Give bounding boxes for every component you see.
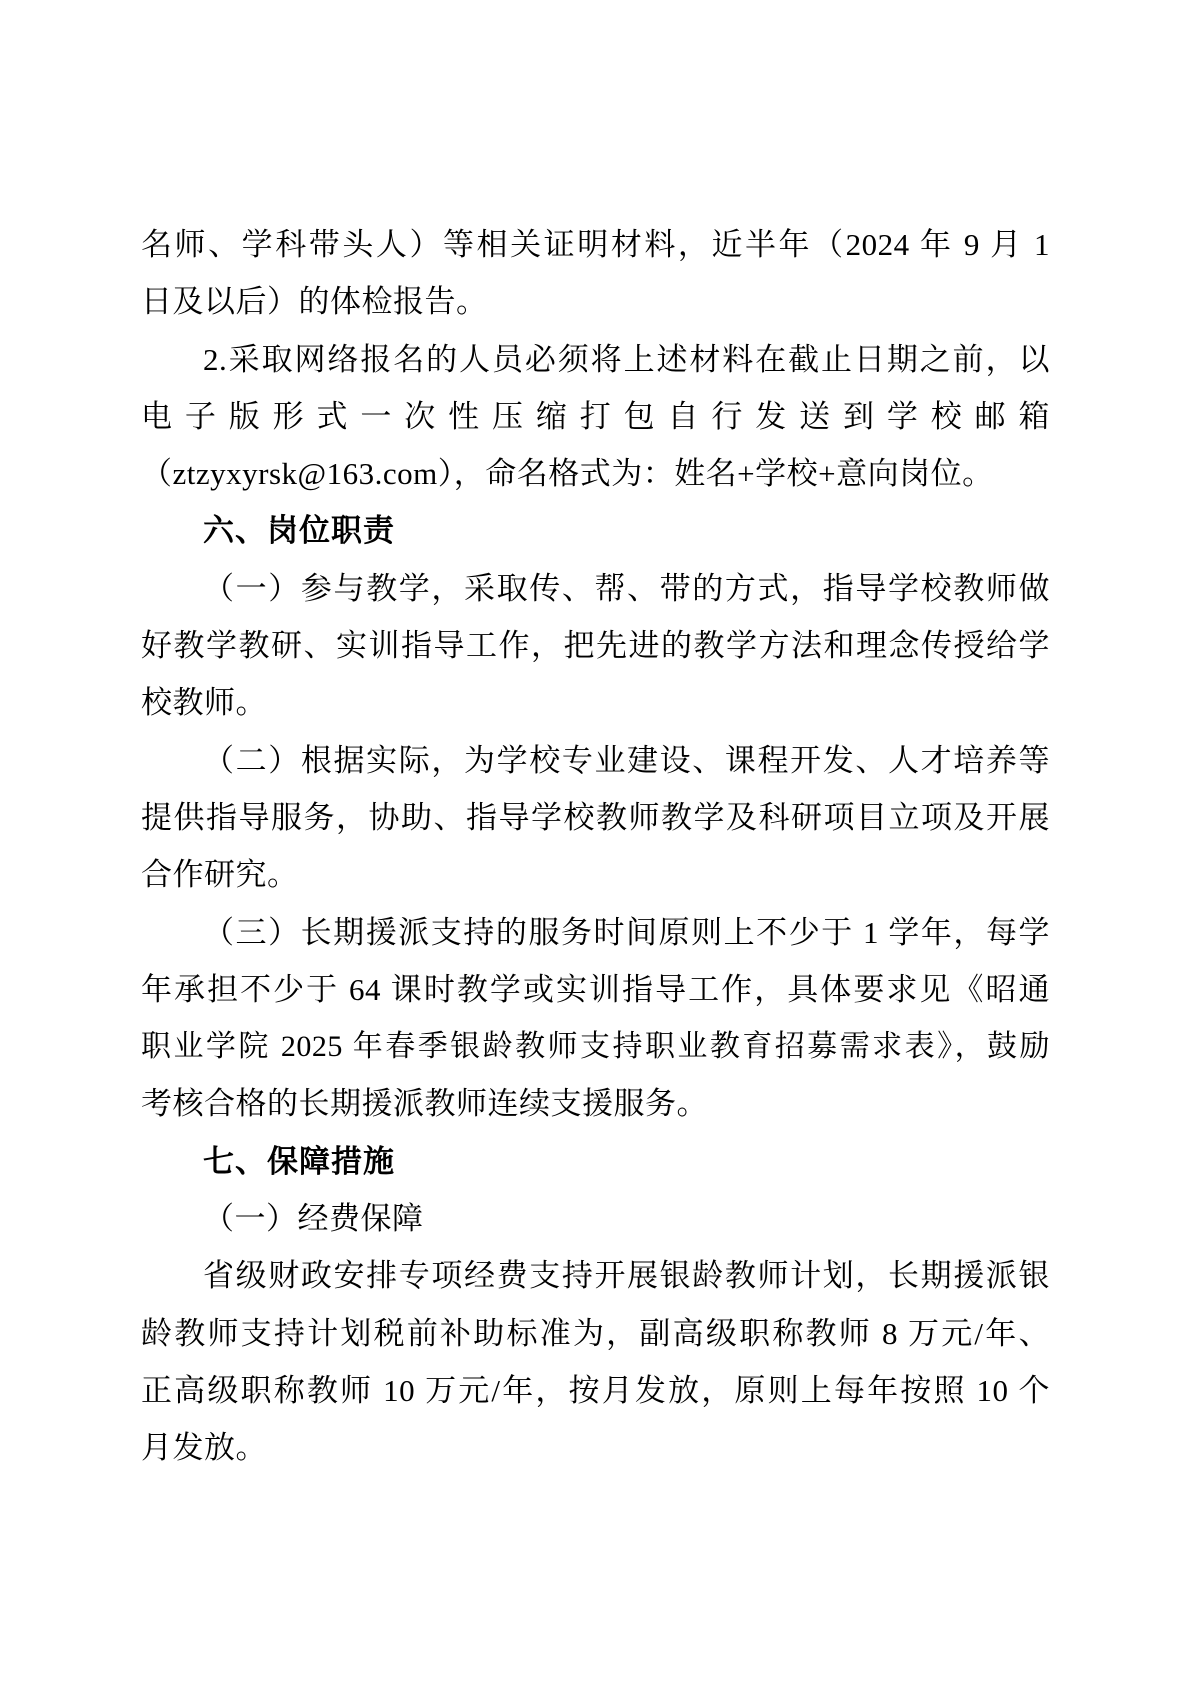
text-line: 年承担不少于 64 课时教学或实训指导工作，具体要求见《昭通 (141, 961, 1050, 1018)
text-line: （ztzyxyrsk@163.com），命名格式为：姓名+学校+意向岗位。 (141, 445, 1050, 502)
text-line: （一）参与教学，采取传、帮、带的方式，指导学校教师做 (141, 560, 1050, 617)
section-heading: 七、保障措施 (141, 1133, 1050, 1190)
text-line: 日及以后）的体检报告。 (141, 273, 1050, 330)
text-line: 合作研究。 (141, 846, 1050, 903)
text-line: 月发放。 (141, 1419, 1050, 1476)
text-line: 考核合格的长期援派教师连续支援服务。 (141, 1075, 1050, 1132)
text-line: 名师、学科带头人）等相关证明材料，近半年（2024 年 9 月 1 (141, 216, 1050, 273)
text-line: （二）根据实际，为学校专业建设、课程开发、人才培养等 (141, 732, 1050, 789)
text-line: 电子版形式一次性压缩打包自行发送到学校邮箱 (141, 388, 1050, 445)
document-page: 名师、学科带头人）等相关证明材料，近半年（2024 年 9 月 1 日及以后）的… (0, 0, 1191, 1684)
text-line: 职业学院 2025 年春季银龄教师支持职业教育招募需求表》，鼓励 (141, 1018, 1050, 1075)
text-line: （一）经费保障 (141, 1190, 1050, 1247)
text-line: 正高级职称教师 10 万元/年，按月发放，原则上每年按照 10 个 (141, 1362, 1050, 1419)
text-line: 提供指导服务，协助、指导学校教师教学及科研项目立项及开展 (141, 789, 1050, 846)
section-heading: 六、岗位职责 (141, 502, 1050, 559)
text-line: 省级财政安排专项经费支持开展银龄教师计划，长期援派银 (141, 1247, 1050, 1304)
text-line: 校教师。 (141, 674, 1050, 731)
text-line: 好教学教研、实训指导工作，把先进的教学方法和理念传授给学 (141, 617, 1050, 674)
text-line: 2.采取网络报名的人员必须将上述材料在截止日期之前，以 (141, 331, 1050, 388)
text-line: （三）长期援派支持的服务时间原则上不少于 1 学年，每学 (141, 904, 1050, 961)
text-line: 龄教师支持计划税前补助标准为，副高级职称教师 8 万元/年、 (141, 1305, 1050, 1362)
